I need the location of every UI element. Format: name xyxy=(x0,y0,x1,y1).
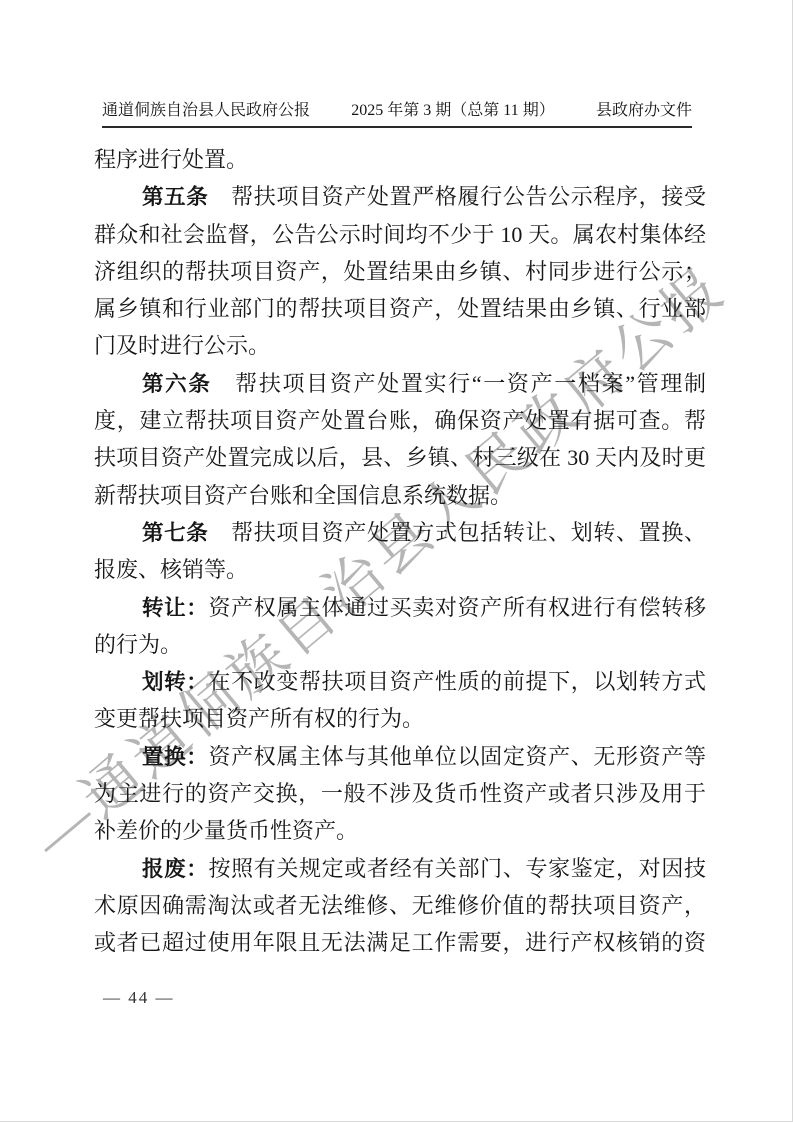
text-line: 术原因确需淘汰或者无法维修、无维修价值的帮扶项目资产， xyxy=(94,887,706,924)
text-line: 新帮扶项目资产台账和全国信息系统数据。 xyxy=(94,477,706,514)
page-header: 通道侗族自治县人民政府公报 2025 年第 3 期（总第 11 期） 县政府办文… xyxy=(102,100,692,122)
text-line: 群众和社会监督，公告公示时间均不少于 10 天。属农村集体经 xyxy=(94,216,706,253)
bold-term-lead: 转让： xyxy=(142,596,208,620)
text-line: 转让：资产权属主体通过买卖对资产所有权进行有偿转移 xyxy=(94,589,706,626)
header-section-label: 县政府办文件 xyxy=(596,100,692,122)
header-issue-info: 2025 年第 3 期（总第 11 期） xyxy=(351,100,554,122)
text-line: 程序进行处置。 xyxy=(94,141,706,178)
text-line: 的行为。 xyxy=(94,626,706,663)
header-divider xyxy=(102,126,692,128)
document-body: 程序进行处置。第五条 帮扶项目资产处置严格履行公告公示程序，接受群众和社会监督，… xyxy=(94,141,706,962)
bold-term-lead: 第七条 xyxy=(142,521,208,545)
page-number: — 44 — xyxy=(103,988,175,1008)
text-line: 扶项目资产处置完成以后，县、乡镇、村三级在 30 天内及时更 xyxy=(94,439,706,476)
text-line: 置换：资产权属主体与其他单位以固定资产、无形资产等 xyxy=(94,738,706,775)
text-line: 报废、核销等。 xyxy=(94,551,706,588)
header-publication-title: 通道侗族自治县人民政府公报 xyxy=(102,100,310,122)
text-line: 第七条 帮扶项目资产处置方式包括转让、划转、置换、 xyxy=(94,514,706,551)
gazette-page: —通道侗族自治县人民政府公报 通道侗族自治县人民政府公报 2025 年第 3 期… xyxy=(0,0,793,1122)
bold-term-lead: 置换： xyxy=(142,745,208,769)
bold-term-lead: 划转： xyxy=(142,670,208,694)
text-line: 为主进行的资产交换，一般不涉及货币性资产或者只涉及用于 xyxy=(94,775,706,812)
text-line: 第六条 帮扶项目资产处置实行“一资产一档案”管理制 xyxy=(94,365,706,402)
text-line: 或者已超过使用年限且无法满足工作需要，进行产权核销的资 xyxy=(94,924,706,961)
bold-term-lead: 第五条 xyxy=(142,185,208,209)
text-line: 划转：在不改变帮扶项目资产性质的前提下，以划转方式 xyxy=(94,663,706,700)
text-line: 报废：按照有关规定或者经有关部门、专家鉴定，对因技 xyxy=(94,850,706,887)
text-line: 度，建立帮扶项目资产处置台账，确保资产处置有据可查。帮 xyxy=(94,402,706,439)
bold-term-lead: 报废： xyxy=(142,857,208,881)
text-line: 补差价的少量货币性资产。 xyxy=(94,812,706,849)
text-line: 第五条 帮扶项目资产处置严格履行公告公示程序，接受 xyxy=(94,178,706,215)
text-line: 变更帮扶项目资产所有权的行为。 xyxy=(94,700,706,737)
text-line: 属乡镇和行业部门的帮扶项目资产，处置结果由乡镇、行业部 xyxy=(94,290,706,327)
text-line: 门及时进行公示。 xyxy=(94,327,706,364)
text-line: 济组织的帮扶项目资产，处置结果由乡镇、村同步进行公示； xyxy=(94,253,706,290)
bold-term-lead: 第六条 xyxy=(142,372,212,396)
